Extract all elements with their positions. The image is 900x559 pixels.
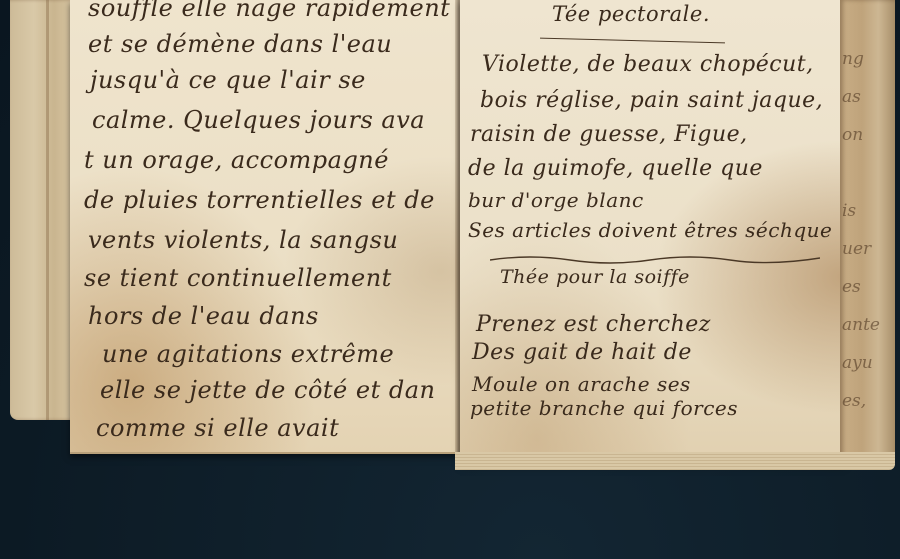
bleed-fragment	[842, 154, 882, 192]
bleed-fragment: uer	[842, 230, 882, 268]
left-page: souffle elle nage rapidement et se démèn…	[70, 0, 460, 454]
open-notebook: souffle elle nage rapidement et se démèn…	[0, 0, 900, 470]
left-line-10: une agitations extrême	[102, 340, 394, 368]
left-line-11: elle se jette de côté et dan	[100, 376, 435, 404]
bleed-fragment: ng	[842, 40, 882, 78]
right-line-6: Ses articles doivent êtres séchque	[468, 218, 832, 242]
right-line-7: Prenez est cherchez	[476, 312, 711, 337]
bleed-fragment: es	[842, 268, 882, 306]
left-line-4: calme. Quelques jours ava	[92, 106, 425, 134]
right-line-10: petite branche qui forces	[470, 396, 738, 420]
recipe-title: Tée pectorale.	[552, 2, 710, 26]
right-line-3: raisin de guesse, Figue,	[470, 122, 748, 147]
bleed-fragment: is	[842, 192, 882, 230]
bleed-fragment: ante	[842, 306, 882, 344]
right-page: Tée pectorale. Violette, de beaux chopéc…	[460, 0, 845, 464]
recipe-subtitle: Thée pour la soiffe	[500, 266, 690, 288]
right-line-8: Des gait de hait de	[472, 340, 692, 365]
bleed-fragment: es,	[842, 382, 882, 420]
left-line-7: vents violents, la sangsu	[88, 226, 398, 254]
page-leaves-bottom	[455, 452, 895, 470]
right-line-2: bois réglise, pain saint jaque,	[480, 88, 823, 113]
right-line-9: Moule on arache ses	[472, 372, 691, 396]
right-line-1: Violette, de beaux chopécut,	[482, 52, 814, 77]
right-line-5: bur d'orge blanc	[468, 188, 644, 212]
right-line-4: de la guimofe, quelle que	[468, 156, 763, 181]
bleed-fragment: on	[842, 116, 882, 154]
bleed-fragment: as	[842, 78, 882, 116]
left-line-1: souffle elle nage rapidement	[88, 0, 450, 22]
left-line-8: se tient continuellement	[84, 264, 392, 292]
left-line-6: de pluies torrentielles et de	[84, 186, 435, 214]
title-underline	[540, 38, 725, 44]
left-line-3: jusqu'à ce que l'air se	[90, 66, 366, 94]
bleed-fragment: ayu	[842, 344, 882, 382]
left-line-5: t un orage, accompagné	[84, 146, 389, 174]
left-line-2: et se démène dans l'eau	[88, 30, 392, 58]
left-line-9: hors de l'eau dans	[88, 302, 319, 330]
left-line-12: comme si elle avait	[96, 414, 339, 442]
wavy-divider	[490, 252, 820, 266]
right-page-block-edge: ng as on is uer es ante ayu es,	[840, 0, 895, 465]
bleed-through-text: ng as on is uer es ante ayu es,	[842, 40, 882, 420]
